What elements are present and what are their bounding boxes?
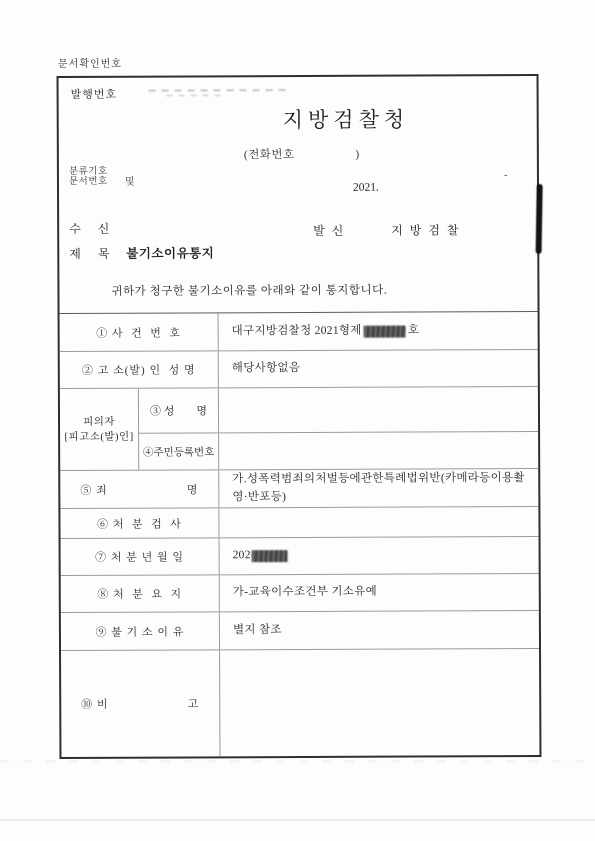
notice-table: ① 사 건 번 호 대구지방검찰청 2021형제 호 ② 고 소(발) 인 성 … [60, 311, 540, 757]
suspect-name-value [219, 387, 538, 432]
remarks-label-right: 고 [188, 695, 200, 711]
table-row-suspect: 피의자 [피고소(발)인] ③ 성 명 ④주민등록번호 [60, 386, 538, 470]
phone-number-line: (전화번호 ) [244, 146, 360, 163]
offense-label-right: 명 [187, 481, 199, 497]
non-prosecution-reason-label: ⑨ 불 기 소 이 유 [61, 612, 220, 650]
suspect-group-line2: [피고소(발)인] [64, 429, 133, 444]
doc-confirm-number-label: 문서확인번호 [58, 55, 122, 70]
suspect-group-line1: 피의자 [83, 414, 115, 429]
offense-label-left: ⑤ 죄 [80, 481, 107, 497]
notice-sentence: 귀하가 청구한 불기소이유를 아래와 같이 통지합니다. [111, 282, 387, 299]
prosecutor-label: ⑥ 처 분 검 사 [60, 508, 219, 538]
suspect-rrn-label: ④주민등록번호 [139, 433, 219, 469]
disposition-date-value: 202 [220, 537, 539, 574]
scanned-document-page: 문서확인번호 발행번호 지방검찰청 (전화번호 ) 분류기호 문서번호 및 20… [0, 0, 595, 841]
scan-line-artifact [0, 819, 595, 821]
classification-code-label: 분류기호 문서번호 [69, 168, 108, 187]
case-number-suffix: 호 [408, 322, 419, 340]
remarks-label: ⑩ 비 고 [61, 650, 220, 757]
table-row-disposition-summary: ⑧ 처 분 요 지 가-교육이수조건부 기소유예 [61, 573, 539, 612]
issue-number-redaction-mark [149, 89, 299, 97]
disposition-summary-value: 가-교육이수조건부 기소유예 [220, 574, 539, 611]
suspect-rrn-row: ④주민등록번호 [139, 432, 538, 470]
table-row-case-number: ① 사 건 번 호 대구지방검찰청 2021형제 호 [60, 312, 538, 351]
prosecutor-value [219, 507, 538, 537]
subject-value: 불기소이유통지 [126, 243, 214, 261]
remarks-value [220, 649, 539, 756]
case-number-prefix: 대구지방검찰청 2021형제 [232, 322, 362, 340]
table-row-remarks: ⑩ 비 고 [61, 648, 539, 757]
table-row-offense: ⑤ 죄 명 가.성폭력범죄의처벌등에관한특례법위반(카메라등이용촬영·반포등) [60, 468, 538, 508]
table-row-prosecutor: ⑥ 처 분 검 사 [60, 506, 538, 538]
suspect-name-label: ③ 성 명 [139, 388, 219, 432]
document-date: 2021. [353, 182, 379, 194]
scan-noise-artifact [0, 760, 595, 763]
suspect-rrn-value [219, 432, 538, 469]
classification-code-line2: 문서번호 [69, 177, 108, 187]
sender-label: 발 신 [313, 222, 345, 239]
disposition-summary-label: ⑧ 처 분 요 지 [61, 575, 220, 612]
ink-redaction-blob [536, 184, 543, 254]
table-row-disposition-date: ⑦ 처 분 년 월 일 202 [61, 536, 539, 575]
sender-value: 지 방 검 찰 [391, 221, 460, 238]
complainant-value: 해당사항없음 [219, 350, 538, 387]
suspect-group-label: 피의자 [피고소(발)인] [60, 389, 139, 470]
subject-label: 제 목 [69, 245, 110, 262]
disposition-date-prefix: 202 [233, 547, 251, 565]
case-number-label: ① 사 건 번 호 [60, 313, 219, 351]
offense-value: 가.성폭력범죄의처벌등에관한특례법위반(카메라등이용촬영·반포등) [219, 469, 538, 507]
table-row-complainant: ② 고 소(발) 인 성 명 해당사항없음 [60, 349, 538, 388]
case-number-value: 대구지방검찰청 2021형제 호 [219, 312, 538, 350]
table-row-non-prosecution-reason: ⑨ 불 기 소 이 유 별지 참조 [61, 610, 539, 650]
dash-mark: - [504, 169, 508, 181]
case-number-redaction-mark [364, 325, 406, 337]
non-prosecution-reason-value: 별지 참조 [220, 611, 539, 649]
page-title: 지방검찰청 [283, 104, 410, 135]
disposition-date-label: ⑦ 처 분 년 월 일 [61, 538, 220, 575]
document-frame: 발행번호 지방검찰청 (전화번호 ) 분류기호 문서번호 및 2021. - 수… [57, 74, 542, 759]
and-label: 및 [125, 173, 135, 188]
issue-number-label: 발행번호 [71, 86, 118, 102]
suspect-name-row: ③ 성 명 [139, 387, 538, 434]
disposition-date-redaction-mark [252, 550, 288, 562]
complainant-label: ② 고 소(발) 인 성 명 [60, 351, 219, 388]
recipient-label: 수 신 [69, 220, 110, 237]
remarks-label-left: ⑩ 비 [81, 696, 108, 712]
offense-label: ⑤ 죄 명 [60, 470, 219, 508]
